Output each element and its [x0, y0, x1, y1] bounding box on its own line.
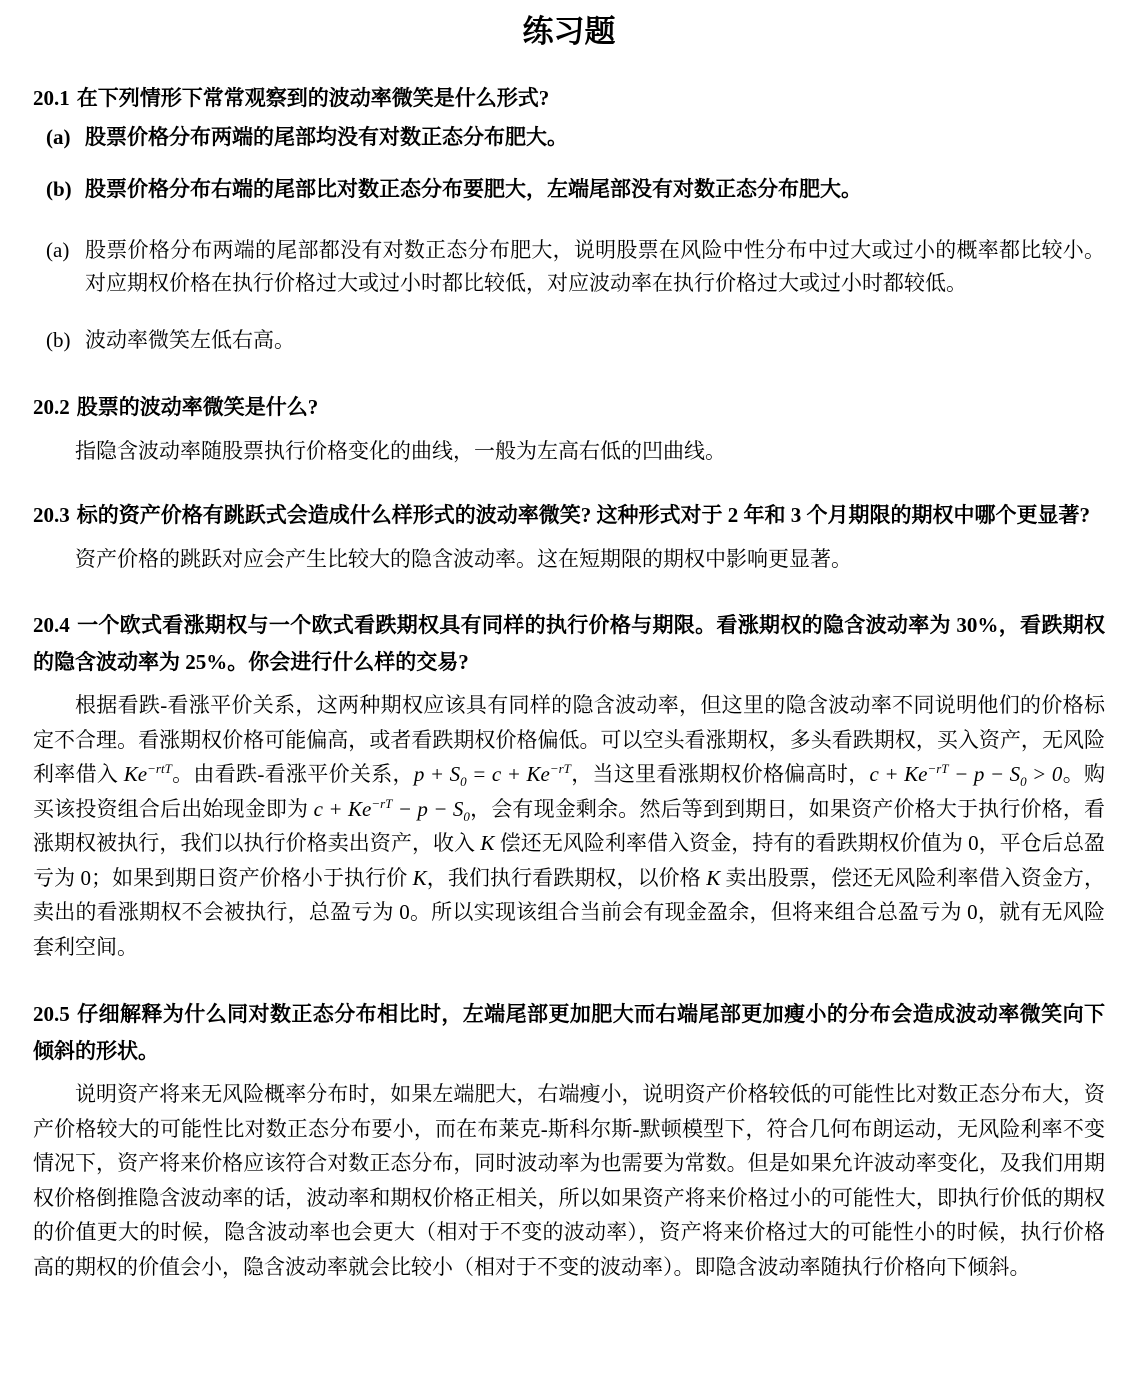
- math-borrow-ke-exp: Ke−rtT: [124, 762, 172, 786]
- answer-text: ，当这里看涨期权价格偏高时，: [571, 762, 870, 786]
- question-20-3: 20.3标的资产价格有跳跃式会造成什么样形式的波动率微笑? 这种形式对于 2 年…: [33, 497, 1105, 534]
- math-base: − p − S: [949, 762, 1021, 786]
- question-20-5: 20.5仔细解释为什么同对数正态分布相比时，左端尾部更加肥大而右端尾部更加瘦小的…: [33, 996, 1105, 1070]
- question-text: 在下列情形下常常观察到的波动率微笑是什么形式?: [77, 86, 550, 110]
- question-20-2: 20.2股票的波动率微笑是什么?: [33, 389, 1105, 426]
- math-base: p + S: [414, 762, 460, 786]
- question-20-1: 20.1在下列情形下常常观察到的波动率微笑是什么形式?: [33, 80, 1105, 117]
- question-number: 20.5: [33, 1002, 70, 1026]
- question-text: 股票的波动率微笑是什么?: [77, 395, 319, 419]
- item-text: 股票价格分布右端的尾部比对数正态分布要肥大，左端尾部没有对数正态分布肥大。: [85, 177, 862, 201]
- section-20-3: 20.3标的资产价格有跳跃式会造成什么样形式的波动率微笑? 这种形式对于 2 年…: [33, 497, 1105, 577]
- document-page: 练习题 20.1在下列情形下常常观察到的波动率微笑是什么形式? (a) 股票价格…: [0, 0, 1138, 1284]
- math-exponent: −rT: [550, 761, 571, 776]
- answer-20-5: 说明资产将来无风险概率分布时，如果左端肥大，右端瘦小，说明资产价格较低的可能性比…: [33, 1077, 1105, 1284]
- section-20-5: 20.5仔细解释为什么同对数正态分布相比时，左端尾部更加肥大而右端尾部更加瘦小的…: [33, 996, 1105, 1284]
- math-strike-k: K: [706, 866, 720, 890]
- math-put-call-parity: p + S0 = c + Ke−rT: [414, 762, 571, 786]
- math-arbitrage-inequality: c + Ke−rT − p − S0 > 0: [870, 762, 1063, 786]
- item-label: (a): [46, 121, 71, 154]
- math-base: Ke: [124, 762, 147, 786]
- math-exponent: −rT: [927, 761, 948, 776]
- math-base: = c + Ke: [467, 762, 550, 786]
- answer-text: 。由看跌-看涨平价关系，: [172, 762, 414, 786]
- math-strike-k: K: [413, 866, 427, 890]
- math-base: − p − S: [392, 797, 463, 821]
- math-exponent: −rT: [371, 796, 392, 811]
- math-base: > 0: [1027, 762, 1063, 786]
- answer-20-4: 根据看跌-看涨平价关系，这两种期权应该具有同样的隐含波动率，但这里的隐含波动率不…: [33, 688, 1105, 964]
- question-text: 标的资产价格有跳跃式会造成什么样形式的波动率微笑? 这种形式对于 2 年和 3 …: [77, 503, 1090, 527]
- item-label: (b): [46, 324, 71, 357]
- question-number: 20.2: [33, 395, 70, 419]
- section-20-4: 20.4一个欧式看涨期权与一个欧式看跌期权具有同样的执行价格与期限。看涨期权的隐…: [33, 607, 1105, 964]
- section-20-2: 20.2股票的波动率微笑是什么? 指隐含波动率随股票执行价格变化的曲线，一般为左…: [33, 389, 1105, 469]
- item-label: (a): [46, 234, 69, 267]
- question-text: 一个欧式看涨期权与一个欧式看跌期权具有同样的执行价格与期限。看涨期权的隐含波动率…: [33, 613, 1105, 674]
- item-text: 股票价格分布两端的尾部都没有对数正态分布肥大，说明股票在风险中性分布中过大或过小…: [85, 238, 1105, 295]
- page-title: 练习题: [33, 12, 1105, 52]
- math-base: c + Ke: [870, 762, 928, 786]
- answer-text: ，我们执行看跌期权，以价格: [427, 866, 707, 890]
- math-exponent: −rtT: [147, 761, 172, 776]
- answer-20-3: 资产价格的跳跃对应会产生比较大的隐含波动率。这在短期限的期权中影响更显著。: [33, 542, 1105, 577]
- answer-item-a: (a) 股票价格分布两端的尾部都没有对数正态分布肥大，说明股票在风险中性分布中过…: [33, 234, 1105, 300]
- item-text: 股票价格分布两端的尾部均没有对数正态分布肥大。: [85, 125, 568, 149]
- section-20-1: 20.1在下列情形下常常观察到的波动率微笑是什么形式? (a) 股票价格分布两端…: [33, 80, 1105, 357]
- question-text: 仔细解释为什么同对数正态分布相比时，左端尾部更加肥大而右端尾部更加瘦小的分布会造…: [33, 1002, 1105, 1063]
- answer-20-2: 指隐含波动率随股票执行价格变化的曲线，一般为左高右低的凹曲线。: [33, 434, 1105, 469]
- question-number: 20.3: [33, 503, 70, 527]
- math-initial-cash: c + Ke−rT − p − S0: [314, 797, 470, 821]
- question-item-b: (b) 股票价格分布右端的尾部比对数正态分布要肥大，左端尾部没有对数正态分布肥大…: [33, 173, 1105, 206]
- question-number: 20.4: [33, 613, 70, 637]
- question-item-a: (a) 股票价格分布两端的尾部均没有对数正态分布肥大。: [33, 121, 1105, 154]
- question-number: 20.1: [33, 86, 70, 110]
- item-label: (b): [46, 173, 72, 206]
- answer-item-b: (b) 波动率微笑左低右高。: [33, 324, 1105, 357]
- math-base: c + Ke: [314, 797, 372, 821]
- item-text: 波动率微笑左低右高。: [85, 328, 295, 352]
- math-strike-k: K: [480, 831, 494, 855]
- question-20-4: 20.4一个欧式看涨期权与一个欧式看跌期权具有同样的执行价格与期限。看涨期权的隐…: [33, 607, 1105, 681]
